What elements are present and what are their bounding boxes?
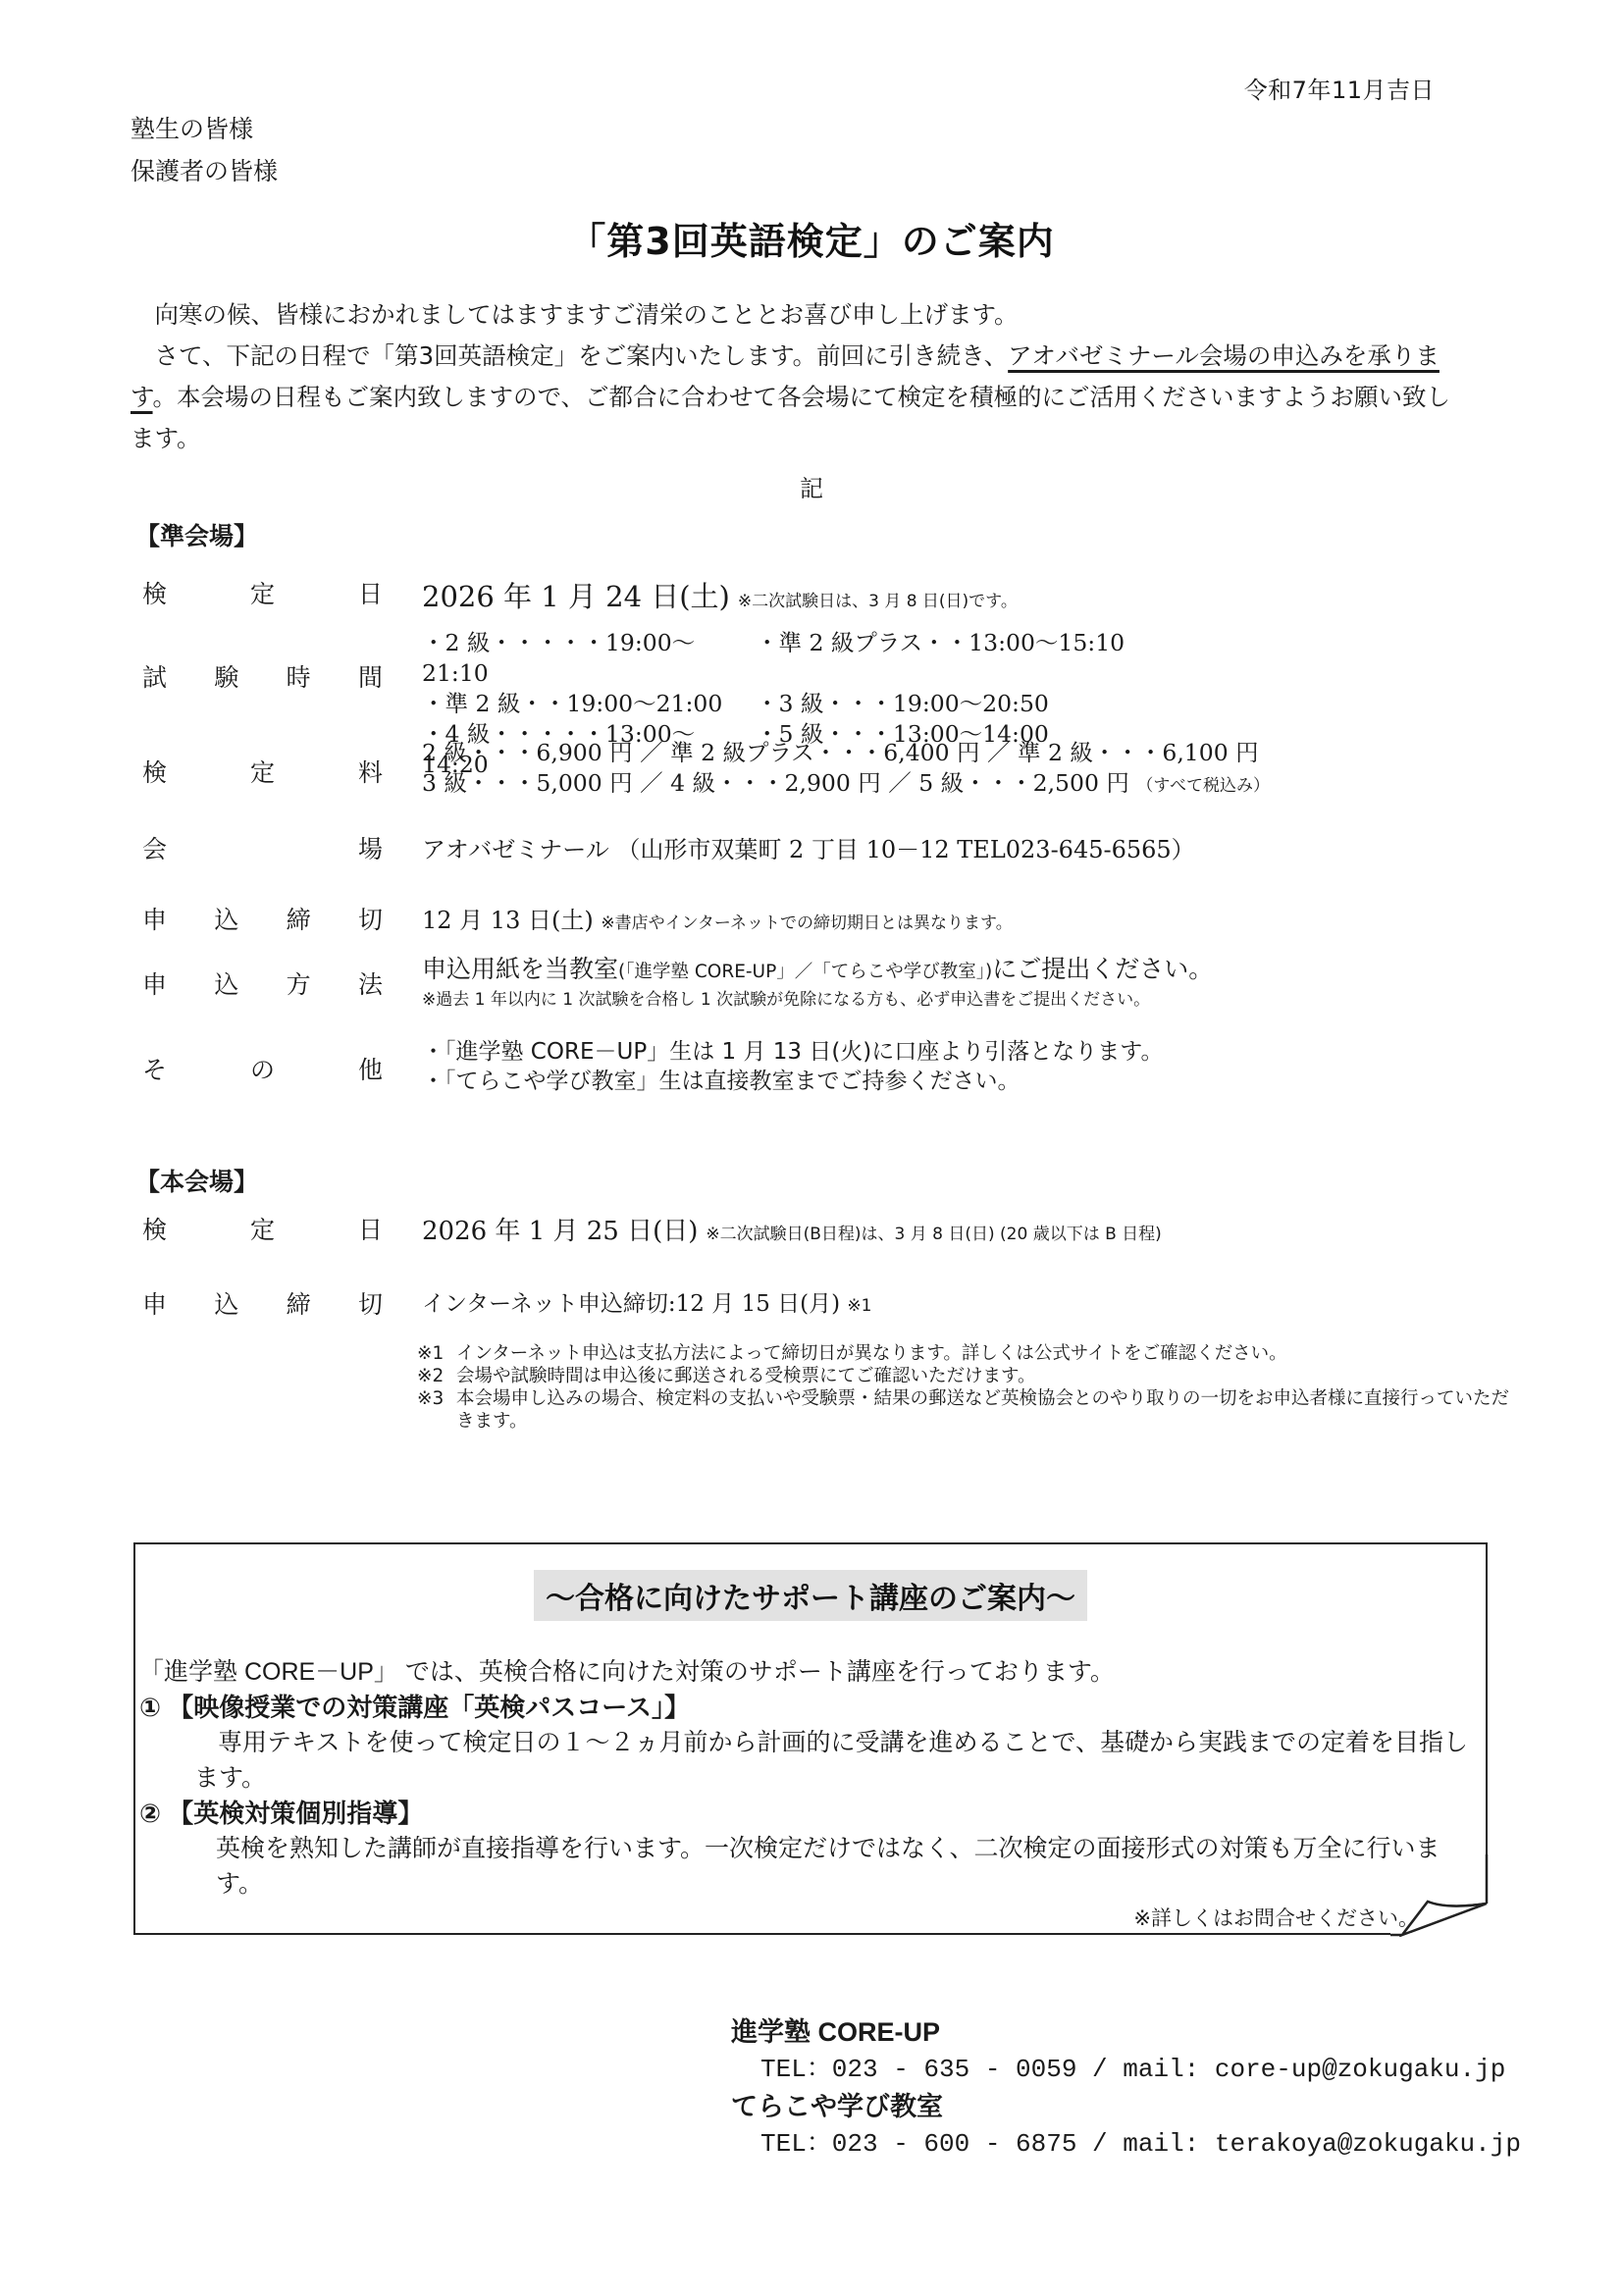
label-deadline: 申 込 締 切 xyxy=(142,901,422,936)
box-intro: 「進学塾 CORE－UP」 では、英検合格に向けた対策のサポート講座を行っており… xyxy=(139,1654,1474,1690)
main-exam-date-value: 2026 年 1 月 25 日(日) ※二次試験日(B日程)は、3 月 8 日(… xyxy=(422,1211,1162,1247)
box-title-container: ～合格に向けたサポート講座のご案内～ xyxy=(135,1570,1486,1621)
box-body: 「進学塾 CORE－UP」 では、英検合格に向けた対策のサポート講座を行っており… xyxy=(139,1654,1474,1937)
addressee-students: 塾生の皆様 xyxy=(131,110,253,145)
contact-line-terakoya: TEL：023 - 600 - 6875 / mail: terakoya@zo… xyxy=(731,2125,1521,2163)
contact-block: 進学塾 CORE-UP TEL：023 - 635 - 0059 / mail:… xyxy=(731,2013,1521,2163)
label-venue: 会 場 xyxy=(142,830,422,865)
row-main-deadline: 申 込 締 切 インターネット申込締切:12 月 15 日(月) ※1 xyxy=(142,1285,871,1321)
footnote: ※2会場や試験時間は申込後に郵送される受検票にてご確認いただけます。 xyxy=(417,1365,1526,1387)
issue-date: 令和7年11月吉日 xyxy=(1244,71,1435,105)
label-char: 締 xyxy=(287,901,311,936)
deadline-note: ※書店やインターネットでの締切期日とは異なります。 xyxy=(601,913,1012,933)
main-deadline-text: インターネット申込締切:12 月 15 日(月) xyxy=(422,1291,840,1317)
fee-tax-note: （すべて税込み） xyxy=(1136,776,1270,796)
venue-value: アオバゼミナール （山形市双葉町 2 丁目 10－12 TEL023-645-6… xyxy=(422,830,1195,864)
label-char: 験 xyxy=(214,658,238,694)
main-deadline-value: インターネット申込締切:12 月 15 日(月) ※1 xyxy=(422,1285,871,1318)
footnote: ※3本会場申し込みの場合、検定料の支払いや受験票・結果の郵送など英検協会とのやり… xyxy=(417,1387,1526,1433)
footnote-key: ※2 xyxy=(417,1365,456,1387)
label-char: 方 xyxy=(287,965,311,1001)
method-text: 申込用紙を当教室 xyxy=(422,955,618,983)
deadline-value: 12 月 13 日(土) ※書店やインターネットでの締切期日とは異なります。 xyxy=(422,901,1013,935)
label-char: 場 xyxy=(358,830,383,865)
method-note: ※過去 1 年以内に 1 次試験を合格し 1 次試験が免除になる方も、必ず申込書… xyxy=(422,988,1213,1012)
label-char: 時 xyxy=(287,658,311,694)
section-heading-jun-venue: 【準会場】 xyxy=(135,517,258,552)
fee-line: 3 級・・・5,000 円 ／ 4 級・・・2,900 円 ／ 5 級・・・2,… xyxy=(422,768,1270,802)
addressee-guardians: 保護者の皆様 xyxy=(131,152,278,187)
label-char: 込 xyxy=(214,965,238,1001)
method-line: 申込用紙を当教室(「進学塾 CORE-UP」／「てらこや学び教室」)にご提出くだ… xyxy=(422,954,1213,988)
time-item: ・準 2 級プラス・・13:00～15:10 xyxy=(756,628,1148,689)
label-char: 申 xyxy=(142,901,167,936)
method-offices: (「進学塾 CORE-UP」／「てらこや学び教室」) xyxy=(618,962,992,982)
row-other: そ の 他 ・「進学塾 CORE－UP」生は 1 月 13 日(火)に口座より引… xyxy=(142,1037,1163,1096)
box-footnote: ※詳しくはお問合せください。 xyxy=(139,1902,1474,1937)
footnotes: ※1インターネット申込は支払方法によって締切日が異なります。詳しくは公式サイトを… xyxy=(417,1342,1526,1433)
label-char: 料 xyxy=(358,754,383,789)
fee-list: 2 級・・・6,900 円 ／ 準 2 級プラス・・・6,400 円 ／ 準 2… xyxy=(422,738,1270,802)
label-char: 締 xyxy=(287,1285,311,1321)
contact-name-terakoya: てらこや学び教室 xyxy=(731,2088,1521,2125)
method-value: 申込用紙を当教室(「進学塾 CORE-UP」／「てらこや学び教室」)にご提出くだ… xyxy=(422,954,1213,1012)
label-char: 申 xyxy=(142,965,167,1001)
footnote-text: インターネット申込は支払方法によって締切日が異なります。詳しくは公式サイトをご確… xyxy=(456,1342,1287,1365)
intro-greeting: 向寒の候、皆様におかれましてはますますご清栄のこととお喜び申し上げます。 xyxy=(131,294,1465,336)
row-exam-date: 検 定 日 2026 年 1 月 24 日(土) ※二次試験日は、3 月 8 日… xyxy=(142,575,1018,615)
label-char: 込 xyxy=(214,901,238,936)
label-exam-date: 検 定 日 xyxy=(142,575,422,610)
row-method: 申 込 方 法 申込用紙を当教室(「進学塾 CORE-UP」／「てらこや学び教室… xyxy=(142,954,1213,1012)
label-char: 検 xyxy=(142,575,167,610)
label-char: 申 xyxy=(142,1285,167,1321)
course-heading-individual: ② 【英検対策個別指導】 xyxy=(139,1796,1474,1831)
course-text-video: 専用テキストを使って検定日の１～２ヵ月前から計画的に受講を進めることで、基礎から… xyxy=(139,1725,1474,1796)
label-char: 込 xyxy=(214,1285,238,1321)
page-title: 「第3回英語検定」のご案内 xyxy=(562,211,1060,265)
time-item: ・準 2 級・・19:00～21:00 xyxy=(422,689,756,719)
label-char: 定 xyxy=(250,1211,275,1246)
label-char: 定 xyxy=(250,575,275,610)
row-venue: 会 場 アオバゼミナール （山形市双葉町 2 丁目 10－12 TEL023-6… xyxy=(142,830,1195,865)
footnote: ※1インターネット申込は支払方法によって締切日が異なります。詳しくは公式サイトを… xyxy=(417,1342,1526,1365)
label-char: 会 xyxy=(142,830,167,865)
course-heading-video: ① 【映像授業での対策講座「英検パスコース」】 xyxy=(139,1690,1474,1725)
label-char: 切 xyxy=(358,901,383,936)
label-method: 申 込 方 法 xyxy=(142,965,422,1001)
fee-line: 2 級・・・6,900 円 ／ 準 2 級プラス・・・6,400 円 ／ 準 2… xyxy=(422,738,1270,768)
intro-body-text: さて、下記の日程で「第3回英語検定」をご案内いたします。前回に引き続き、 xyxy=(155,341,1009,370)
fee-line-text: 3 級・・・5,000 円 ／ 4 級・・・2,900 円 ／ 5 級・・・2,… xyxy=(422,769,1129,797)
label-char: 定 xyxy=(250,754,275,789)
page-curl-icon xyxy=(1390,1854,1489,1941)
footnote-text: 会場や試験時間は申込後に郵送される受検票にてご確認いただけます。 xyxy=(456,1365,1036,1387)
label-main-exam-date: 検 定 日 xyxy=(142,1211,422,1246)
label-char: 試 xyxy=(142,658,167,694)
main-exam-date-text: 2026 年 1 月 25 日(日) xyxy=(422,1217,698,1246)
label-char: 日 xyxy=(358,1211,383,1246)
course-text-individual: 英検を熟知した講師が直接指導を行います。一次検定だけではなく、二次検定の面接形式… xyxy=(139,1831,1474,1902)
value-exam-date: 2026 年 1 月 24 日(土) ※二次試験日は、3 月 8 日(日)です。 xyxy=(422,575,1018,615)
main-deadline-note-ref: ※1 xyxy=(847,1296,871,1316)
label-char: の xyxy=(250,1051,275,1086)
label-fee: 検 定 料 xyxy=(142,754,422,789)
label-char: 切 xyxy=(358,1285,383,1321)
intro-body: さて、下記の日程で「第3回英語検定」をご案内いたします。前回に引き続き、アオバゼ… xyxy=(131,336,1465,459)
label-char: 検 xyxy=(142,754,167,789)
label-char: 他 xyxy=(358,1051,383,1086)
label-char: 日 xyxy=(358,575,383,610)
label-exam-time: 試 験 時 間 xyxy=(142,658,422,694)
main-exam-date-note: ※二次試験日(B日程)は、3 月 8 日(日) (20 歳以下は B 日程) xyxy=(706,1225,1161,1244)
method-end: にご提出ください。 xyxy=(992,955,1213,983)
other-value: ・「進学塾 CORE－UP」生は 1 月 13 日(火)に口座より引落となります… xyxy=(422,1037,1163,1096)
row-main-exam-date: 検 定 日 2026 年 1 月 25 日(日) ※二次試験日(B日程)は、3 … xyxy=(142,1211,1162,1247)
footnote-key: ※1 xyxy=(417,1342,456,1365)
label-other: そ の 他 xyxy=(142,1051,422,1086)
label-char: 法 xyxy=(358,965,383,1001)
exam-date-note: ※二次試験日は、3 月 8 日(日)です。 xyxy=(738,592,1018,611)
footnote-text: 本会場申し込みの場合、検定料の支払いや受験票・結果の郵送など英検協会とのやり取り… xyxy=(456,1387,1526,1433)
support-course-box: ～合格に向けたサポート講座のご案内～ 「進学塾 CORE－UP」 では、英検合格… xyxy=(133,1542,1488,1935)
row-fee: 検 定 料 2 級・・・6,900 円 ／ 準 2 級プラス・・・6,400 円… xyxy=(142,738,1270,802)
intro-body-rest: 。本会場の日程もご案内致しますので、ご都合に合わせて各会場にて検定を積極的にご活… xyxy=(131,383,1450,452)
box-title: ～合格に向けたサポート講座のご案内～ xyxy=(534,1570,1087,1621)
label-char: 間 xyxy=(358,658,383,694)
intro-text: 向寒の候、皆様におかれましてはますますご清栄のこととお喜び申し上げます。 さて、… xyxy=(131,294,1465,459)
label-char: そ xyxy=(142,1051,167,1086)
label-char: 検 xyxy=(142,1211,167,1246)
section-heading-main-venue: 【本会場】 xyxy=(135,1163,258,1198)
row-deadline: 申 込 締 切 12 月 13 日(土) ※書店やインターネットでの締切期日とは… xyxy=(142,901,1013,936)
time-item: ・2 級・・・・・19:00～21:10 xyxy=(422,628,756,689)
other-line: ・「進学塾 CORE－UP」生は 1 月 13 日(火)に口座より引落となります… xyxy=(422,1037,1163,1067)
deadline-text: 12 月 13 日(土) xyxy=(422,907,594,934)
contact-line-coreup: TEL：023 - 635 - 0059 / mail: core-up@zok… xyxy=(731,2051,1521,2088)
ki-marker: 記 xyxy=(0,469,1623,503)
exam-date-text: 2026 年 1 月 24 日(土) xyxy=(422,580,730,613)
label-main-deadline: 申 込 締 切 xyxy=(142,1285,422,1321)
title-container: 「第3回英語検定」のご案内 xyxy=(0,211,1623,265)
contact-name-coreup: 進学塾 CORE-UP xyxy=(731,2013,1521,2051)
other-line: ・「てらこや学び教室」生は直接教室までご持参ください。 xyxy=(422,1067,1163,1096)
time-item: ・3 級・・・19:00～20:50 xyxy=(756,689,1148,719)
footnote-key: ※3 xyxy=(417,1387,456,1433)
